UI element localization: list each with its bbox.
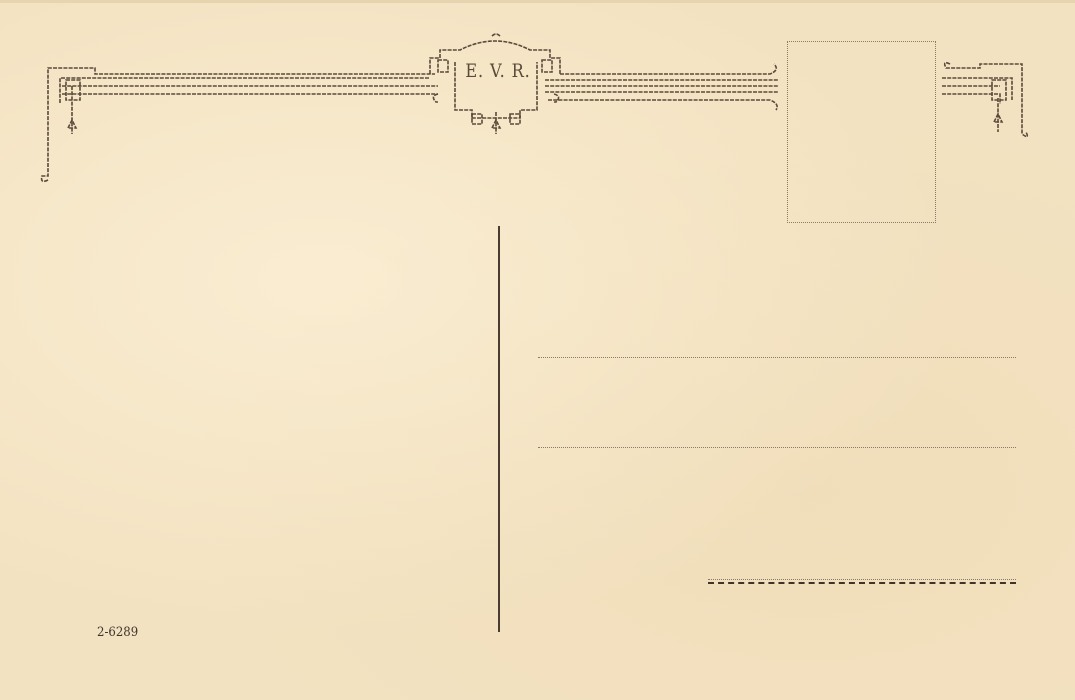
center-divider-line [498,226,500,632]
address-line-2 [538,447,1016,448]
publisher-monogram: E. V. R. [461,60,534,82]
address-line-1 [538,357,1016,358]
stamp-box [787,41,936,223]
address-line-3 [708,582,1016,584]
catalog-number: 2-6289 [97,625,138,640]
postcard-back: E. V. R. 2-6289 [0,0,1075,700]
